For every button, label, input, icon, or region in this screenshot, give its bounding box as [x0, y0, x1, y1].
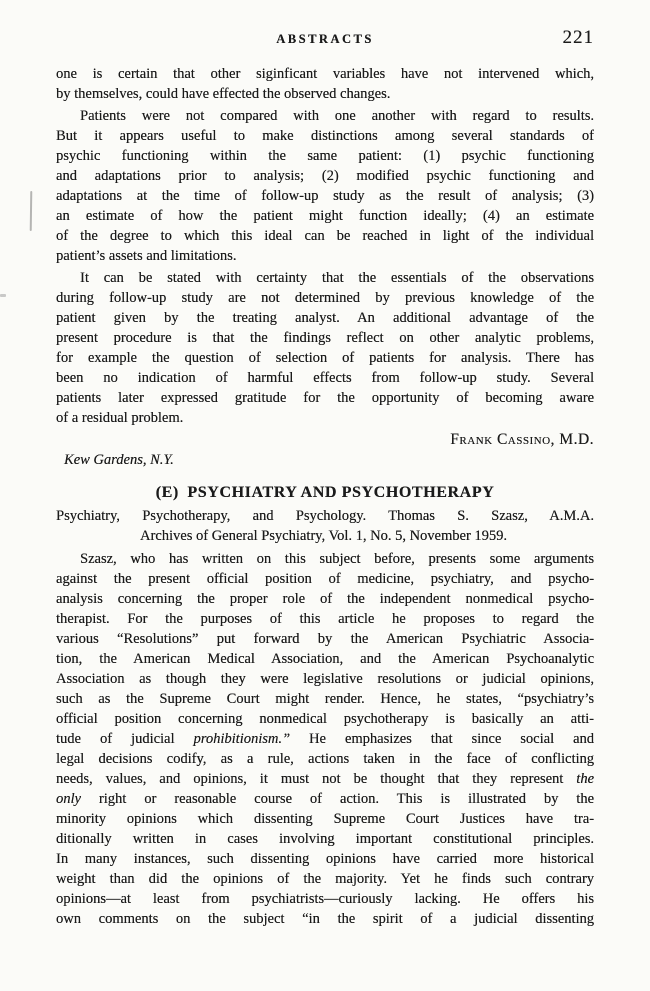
- running-title: ABSTRACTS: [56, 32, 594, 47]
- text-line: against the present official position of…: [56, 569, 594, 589]
- text-line: Patients were not compared with one anot…: [56, 106, 594, 126]
- text-line: an estimate of how the patient might fun…: [56, 206, 594, 226]
- text-line: patient’s assets and limitations.: [56, 246, 594, 266]
- text-line: various “Resolutions” put forward by the…: [56, 629, 594, 649]
- text-line: Archives of General Psychiatry, Vol. 1, …: [56, 526, 594, 546]
- text-line: of a residual problem.: [56, 408, 594, 428]
- text-line: during follow-up study are not determine…: [56, 288, 594, 308]
- text-line: therapist. For the purposes of this arti…: [56, 609, 594, 629]
- text-line: and adaptations prior to analysis; (2) m…: [56, 166, 594, 186]
- journal-page: ABSTRACTS 221 one is certain that other …: [0, 0, 650, 991]
- text-line: ditionally written in cases involving im…: [56, 829, 594, 849]
- text-line: Association as though they were legislat…: [56, 669, 594, 689]
- text-line: present procedure is that the findings r…: [56, 328, 594, 348]
- author-signature: Frank Cassino, M.D.: [56, 430, 594, 450]
- text-block: one is certain that other siginficant va…: [56, 64, 594, 929]
- text-line: analysis concerning the proper role of t…: [56, 589, 594, 609]
- text-line: of the degree to which this ideal can be…: [56, 226, 594, 246]
- text-line: opinions—at least from psychiatrists—cur…: [56, 889, 594, 909]
- text-line: In many instances, such dissenting opini…: [56, 849, 594, 869]
- text-line: needs, values, and opinions, it must not…: [56, 769, 594, 789]
- text-line: adaptations at the time of follow-up stu…: [56, 186, 594, 206]
- text-line: Szasz, who has written on this subject b…: [56, 549, 594, 569]
- text-line: one is certain that other siginficant va…: [56, 64, 594, 84]
- text-line: Psychiatry, Psychotherapy, and Psycholog…: [56, 506, 594, 526]
- text-line: It can be stated with certainty that the…: [56, 268, 594, 288]
- article-citation: Psychiatry, Psychotherapy, and Psycholog…: [56, 506, 594, 546]
- text-line: minority opinions which dissenting Supre…: [56, 809, 594, 829]
- text-line: only right or reasonable course of actio…: [56, 789, 594, 809]
- text-line: But it appears useful to make distinctio…: [56, 126, 594, 146]
- page-header: ABSTRACTS 221: [56, 27, 594, 51]
- text-line: patients later expressed gratitude for t…: [56, 388, 594, 408]
- abstract-paragraph-continuation: one is certain that other siginficant va…: [56, 64, 594, 104]
- text-line: such as the Supreme Court might render. …: [56, 689, 594, 709]
- text-line: own comments on the subject “in the spir…: [56, 909, 594, 929]
- text-line: patient given by the treating analyst. A…: [56, 308, 594, 328]
- page-number: 221: [563, 27, 595, 49]
- abstract-body-paragraph: Szasz, who has written on this subject b…: [56, 549, 594, 929]
- text-line: tude of judicial prohibitionism.” He emp…: [56, 729, 594, 749]
- margin-pencil-mark: [30, 191, 33, 231]
- section-heading: (E) PSYCHIATRY AND PSYCHOTHERAPY: [56, 482, 594, 504]
- text-line: official position concerning nonmedical …: [56, 709, 594, 729]
- text-line: weight than did the opinions of the majo…: [56, 869, 594, 889]
- author-location: Kew Gardens, N.Y.: [56, 450, 594, 470]
- abstract-paragraph-certainty: It can be stated with certainty that the…: [56, 268, 594, 428]
- text-line: by themselves, could have effected the o…: [56, 84, 594, 104]
- abstract-paragraph-standards: Patients were not compared with one anot…: [56, 106, 594, 266]
- text-line: psychic functioning within the same pati…: [56, 146, 594, 166]
- text-line: for example the question of selection of…: [56, 348, 594, 368]
- text-line: been no indication of harmful effects fr…: [56, 368, 594, 388]
- text-line: tion, the American Medical Association, …: [56, 649, 594, 669]
- scan-edge-artifact: [0, 294, 6, 297]
- text-line: legal decisions codify, as a rule, actio…: [56, 749, 594, 769]
